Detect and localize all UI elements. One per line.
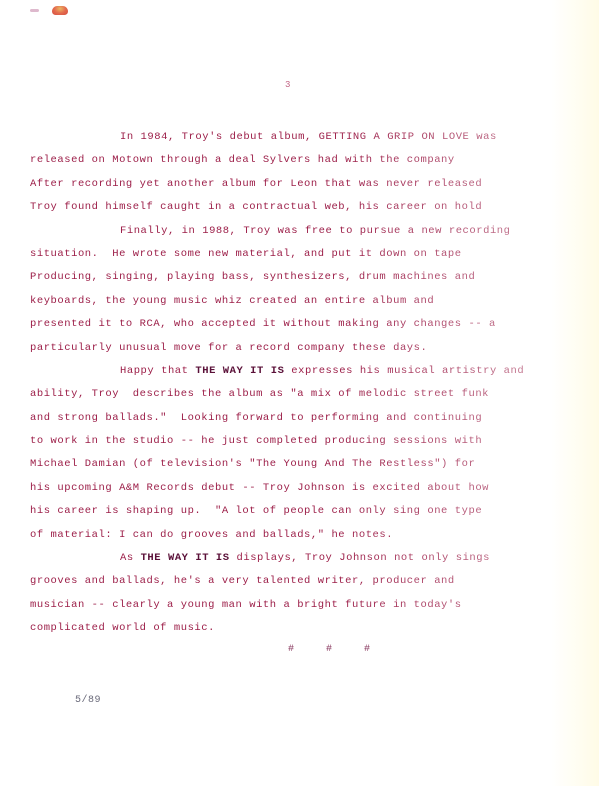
- text-line: musician -- clearly a young man with a b…: [30, 594, 590, 617]
- album-title: THE WAY IT IS: [141, 552, 230, 564]
- ink-smudge-mark: [30, 9, 39, 12]
- text-line: to work in the studio -- he just complet…: [30, 430, 590, 453]
- text-segment: particularly unusual move for a record c…: [30, 342, 427, 354]
- text-segment: Michael Damian (of television's "The You…: [30, 458, 475, 470]
- album-title: THE WAY IT IS: [195, 365, 284, 377]
- text-segment: of material: I can do grooves and ballad…: [30, 529, 393, 541]
- text-segment: to work in the studio -- he just complet…: [30, 435, 482, 447]
- text-segment: complicated world of music.: [30, 622, 215, 634]
- text-segment: ability, Troy describes the album as "a …: [30, 388, 489, 400]
- text-segment: his career is shaping up. "A lot of peop…: [30, 505, 482, 517]
- text-line: keyboards, the young music whiz created …: [30, 290, 590, 313]
- text-line: Troy found himself caught in a contractu…: [30, 196, 590, 219]
- text-line: grooves and ballads, he's a very talente…: [30, 570, 590, 593]
- text-segment: Happy that: [120, 365, 195, 377]
- paragraph: Happy that THE WAY IT IS expresses his m…: [30, 360, 590, 547]
- text-segment: situation. He wrote some new material, a…: [30, 248, 462, 260]
- text-line: Happy that THE WAY IT IS expresses his m…: [30, 360, 590, 383]
- text-line: Producing, singing, playing bass, synthe…: [30, 266, 590, 289]
- text-segment: After recording yet another album for Le…: [30, 178, 482, 190]
- paragraph: As THE WAY IT IS displays, Troy Johnson …: [30, 547, 590, 641]
- text-line: situation. He wrote some new material, a…: [30, 243, 590, 266]
- text-segment: expresses his musical artistry and: [284, 365, 524, 377]
- body-text: In 1984, Troy's debut album, GETTING A G…: [30, 126, 590, 641]
- text-line: ability, Troy describes the album as "a …: [30, 383, 590, 406]
- page-number: 3: [285, 80, 290, 90]
- text-segment: released on Motown through a deal Sylver…: [30, 154, 455, 166]
- text-line: In 1984, Troy's debut album, GETTING A G…: [30, 126, 590, 149]
- text-segment: presented it to RCA, who accepted it wit…: [30, 318, 496, 330]
- text-segment: Producing, singing, playing bass, synthe…: [30, 271, 475, 283]
- text-line: of material: I can do grooves and ballad…: [30, 524, 590, 547]
- paragraph: In 1984, Troy's debut album, GETTING A G…: [30, 126, 590, 220]
- text-line: After recording yet another album for Le…: [30, 173, 590, 196]
- text-segment: his upcoming A&M Records debut -- Troy J…: [30, 482, 489, 494]
- text-segment: Troy found himself caught in a contractu…: [30, 201, 482, 213]
- paragraph: Finally, in 1988, Troy was free to pursu…: [30, 220, 590, 360]
- text-line: and strong ballads." Looking forward to …: [30, 407, 590, 430]
- text-line: his upcoming A&M Records debut -- Troy J…: [30, 477, 590, 500]
- text-segment: grooves and ballads, he's a very talente…: [30, 575, 455, 587]
- document-page: 3 In 1984, Troy's debut album, GETTING A…: [0, 0, 599, 786]
- text-line: Finally, in 1988, Troy was free to pursu…: [30, 220, 590, 243]
- text-segment: keyboards, the young music whiz created …: [30, 295, 434, 307]
- text-segment: Finally, in 1988, Troy was free to pursu…: [120, 225, 511, 237]
- text-line: released on Motown through a deal Sylver…: [30, 149, 590, 172]
- end-marks: # # #: [288, 644, 370, 655]
- document-date: 5/89: [75, 695, 101, 706]
- text-segment: musician -- clearly a young man with a b…: [30, 599, 462, 611]
- text-line: presented it to RCA, who accepted it wit…: [30, 313, 590, 336]
- text-segment: As: [120, 552, 141, 564]
- text-line: his career is shaping up. "A lot of peop…: [30, 500, 590, 523]
- text-segment: displays, Troy Johnson not only sings: [230, 552, 490, 564]
- text-line: complicated world of music.: [30, 617, 590, 640]
- text-segment: In 1984, Troy's debut album, GETTING A G…: [120, 131, 497, 143]
- text-segment: and strong ballads." Looking forward to …: [30, 412, 482, 424]
- ink-smudge-stain: [52, 6, 68, 15]
- text-line: Michael Damian (of television's "The You…: [30, 453, 590, 476]
- text-line: As THE WAY IT IS displays, Troy Johnson …: [30, 547, 590, 570]
- text-line: particularly unusual move for a record c…: [30, 337, 590, 360]
